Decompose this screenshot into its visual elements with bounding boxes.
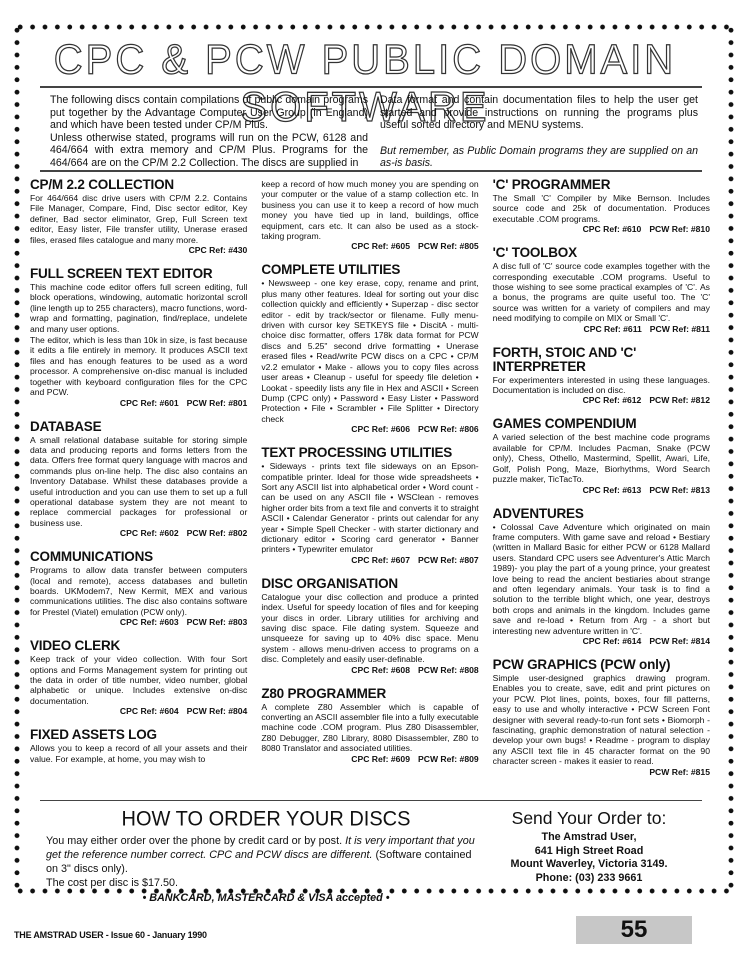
address-line: 641 High Street Road: [494, 845, 684, 859]
entry-title: CP/M 2.2 COLLECTION: [30, 178, 247, 192]
pcw-ref: PCW Ref: #809: [418, 754, 479, 764]
entry-full-screen-text-editor: FULL SCREEN TEXT EDITOR This machine cod…: [30, 267, 247, 408]
entry-video-clerk: VIDEO CLERK Keep track of your video col…: [30, 639, 247, 717]
send-order-section: Send Your Order to: The Amstrad User, 64…: [494, 808, 684, 885]
pcw-ref: PCW Ref: #803: [187, 617, 248, 627]
pcw-ref: PCW Ref: #810: [649, 224, 710, 234]
entry-database: DATABASE A small relational database sui…: [30, 420, 247, 540]
entry-refs: CPC Ref: #601PCW Ref: #801: [30, 398, 247, 409]
entry-fixed-assets-log: FIXED ASSETS LOG Allows you to keep a re…: [30, 728, 247, 764]
entry-description: A disc full of 'C' source code examples …: [493, 261, 710, 323]
cpc-ref: CPC Ref: #607: [351, 555, 410, 565]
entry-refs: CPC Ref: #610PCW Ref: #810: [493, 224, 710, 235]
cpc-ref: CPC Ref: #602: [120, 528, 179, 538]
intro-paragraph: Unless otherwise stated, programs will r…: [50, 132, 368, 170]
entry-refs: CPC Ref: #602PCW Ref: #802: [30, 528, 247, 539]
address-line: Mount Waverley, Victoria 3149.: [494, 858, 684, 872]
pcw-ref: PCW Ref: #813: [649, 485, 710, 495]
entry-refs: CPC Ref: #611PCW Ref: #811: [493, 324, 710, 335]
entry-description: The editor, which is less than 10k in si…: [30, 335, 247, 397]
entry-description: A small relational database suitable for…: [30, 435, 247, 529]
order-text: You may either order over the phone by c…: [46, 835, 345, 847]
entry-title: DATABASE: [30, 420, 247, 434]
entry-cpm-collection: CP/M 2.2 COLLECTION For 464/664 disc dri…: [30, 178, 247, 256]
pcw-ref: PCW Ref: #804: [187, 706, 248, 716]
entry-refs: CPC Ref: #608PCW Ref: #808: [261, 665, 478, 676]
order-rule: [40, 800, 702, 801]
intro-left: The following discs contain compilations…: [50, 94, 368, 170]
cpc-ref: CPC Ref: #603: [120, 617, 179, 627]
cpc-ref: CPC Ref: #608: [351, 665, 410, 675]
intro-disclaimer: But remember, as Public Domain programs …: [380, 145, 698, 170]
entry-title: GAMES COMPENDIUM: [493, 417, 710, 431]
entry-forth-stoic-c-interpreter: FORTH, STOIC AND 'C' INTERPRETER For exp…: [493, 346, 710, 407]
entry-refs: CPC Ref: #614PCW Ref: #814: [493, 636, 710, 647]
cpc-ref: CPC Ref: #611: [584, 324, 642, 334]
entry-title: FULL SCREEN TEXT EDITOR: [30, 267, 247, 281]
column-1: CP/M 2.2 COLLECTION For 464/664 disc dri…: [30, 178, 247, 789]
entry-description: For 464/664 disc drive users with CP/M 2…: [30, 193, 247, 245]
entry-title: 'C' TOOLBOX: [493, 246, 710, 260]
entry-c-toolbox: 'C' TOOLBOX A disc full of 'C' source co…: [493, 246, 710, 334]
cpc-ref: CPC Ref: #609: [351, 754, 410, 764]
entry-description: Catalogue your disc collection and produ…: [261, 592, 478, 665]
entry-communications: COMMUNICATIONS Programs to allow data tr…: [30, 550, 247, 628]
cpc-ref: CPC Ref: #614: [583, 636, 642, 646]
order-heading: HOW TO ORDER YOUR DISCS: [46, 807, 486, 831]
pcw-ref: PCW Ref: #801: [187, 398, 248, 408]
entry-refs: CPC Ref: #607PCW Ref: #807: [261, 555, 478, 566]
cpc-ref: CPC Ref: #604: [120, 706, 179, 716]
postal-address: The Amstrad User, 641 High Street Road M…: [494, 831, 684, 885]
dotted-border-right: [728, 24, 734, 894]
entry-disc-organisation: DISC ORGANISATION Catalogue your disc co…: [261, 577, 478, 676]
entry-refs: CPC Ref: #612PCW Ref: #812: [493, 395, 710, 406]
entry-c-programmer: 'C' PROGRAMMER The Small 'C' Compiler by…: [493, 178, 710, 235]
entry-description: Keep track of your video collection. Wit…: [30, 654, 247, 706]
pcw-ref: PCW Ref: #806: [418, 424, 479, 434]
payment-methods: • BANKCARD, MASTERCARD & VISA accepted •: [46, 892, 486, 904]
entry-description: This machine code editor offers full scr…: [30, 282, 247, 334]
entry-description: • Sideways - prints text file sideways o…: [261, 461, 478, 555]
entry-refs: CPC Ref: #604PCW Ref: #804: [30, 706, 247, 717]
pcw-ref: PCW Ref: #807: [418, 555, 479, 565]
entry-title: COMPLETE UTILITIES: [261, 263, 478, 277]
entry-description: A varied selection of the best machine c…: [493, 432, 710, 484]
address-line: The Amstrad User,: [494, 831, 684, 845]
entry-description: For experimenters interested in using th…: [493, 375, 710, 396]
entry-description: Programs to allow data transfer between …: [30, 565, 247, 617]
publication-footer: THE AMSTRAD USER - Issue 60 - January 19…: [14, 930, 207, 940]
entry-refs: CPC Ref: #605PCW Ref: #805: [261, 241, 478, 252]
entry-title: FORTH, STOIC AND 'C' INTERPRETER: [493, 346, 710, 374]
title-rule: [40, 86, 702, 88]
dotted-border-left: [14, 24, 20, 894]
catalogue-columns: CP/M 2.2 COLLECTION For 464/664 disc dri…: [30, 178, 710, 789]
entry-title: VIDEO CLERK: [30, 639, 247, 653]
column-3: 'C' PROGRAMMER The Small 'C' Compiler by…: [493, 178, 710, 789]
entry-description: keep a record of how much money you are …: [261, 179, 478, 241]
pcw-ref: PCW Ref: #814: [649, 636, 710, 646]
entry-description: A complete Z80 Assembler which is capabl…: [261, 702, 478, 754]
entry-description: • Colossal Cave Adventure which originat…: [493, 522, 710, 636]
pcw-ref: PCW Ref: #812: [649, 395, 710, 405]
entry-complete-utilities: COMPLETE UTILITIES • Newsweep - one key …: [261, 263, 478, 435]
entry-refs: CPC Ref: #430: [30, 245, 247, 256]
entry-games-compendium: GAMES COMPENDIUM A varied selection of t…: [493, 417, 710, 495]
pcw-ref: PCW Ref: #808: [418, 665, 479, 675]
intro-rule: [40, 170, 702, 172]
send-heading: Send Your Order to:: [494, 808, 684, 829]
intro-right: Data format and contain documentation fi…: [380, 94, 698, 170]
intro-paragraph: The following discs contain compilations…: [50, 94, 368, 132]
entry-fixed-assets-log-continued: keep a record of how much money you are …: [261, 179, 478, 252]
entry-title: DISC ORGANISATION: [261, 577, 478, 591]
entry-text-processing-utilities: TEXT PROCESSING UTILITIES • Sideways - p…: [261, 446, 478, 566]
entry-refs: CPC Ref: #606PCW Ref: #806: [261, 424, 478, 435]
pcw-ref: PCW Ref: #805: [418, 241, 479, 251]
entry-adventures: ADVENTURES • Colossal Cave Adventure whi…: [493, 507, 710, 647]
page-number: 55: [576, 916, 692, 944]
pcw-ref: PCW Ref: #811: [650, 324, 710, 334]
intro-section: The following discs contain compilations…: [50, 94, 698, 170]
entry-refs: CPC Ref: #609PCW Ref: #809: [261, 754, 478, 765]
cpc-ref: CPC Ref: #610: [583, 224, 642, 234]
entry-description: Allows you to keep a record of all your …: [30, 743, 247, 764]
entry-title: PCW GRAPHICS (PCW only): [493, 658, 710, 672]
entry-refs: PCW Ref: #815: [493, 767, 710, 778]
entry-description: Simple user-designed graphics drawing pr…: [493, 673, 710, 767]
phone-number: Phone: (03) 233 9661: [494, 872, 684, 886]
cpc-ref: CPC Ref: #613: [583, 485, 642, 495]
intro-paragraph: Data format and contain documentation fi…: [380, 94, 698, 132]
entry-refs: CPC Ref: #613PCW Ref: #813: [493, 485, 710, 496]
pcw-ref: PCW Ref: #815: [649, 767, 710, 777]
order-instructions: You may either order over the phone by c…: [46, 834, 486, 890]
entry-description: • Newsweep - one key erase, copy, rename…: [261, 278, 478, 424]
order-section: HOW TO ORDER YOUR DISCS You may either o…: [46, 808, 486, 904]
entry-pcw-graphics: PCW GRAPHICS (PCW only) Simple user-desi…: [493, 658, 710, 778]
entry-title: Z80 PROGRAMMER: [261, 687, 478, 701]
entry-title: ADVENTURES: [493, 507, 710, 521]
cpc-ref: CPC Ref: #430: [189, 245, 248, 255]
entry-title: COMMUNICATIONS: [30, 550, 247, 564]
cpc-ref: CPC Ref: #612: [583, 395, 642, 405]
entry-title: FIXED ASSETS LOG: [30, 728, 247, 742]
entry-title: 'C' PROGRAMMER: [493, 178, 710, 192]
cpc-ref: CPC Ref: #606: [351, 424, 410, 434]
column-2: keep a record of how much money you are …: [261, 178, 478, 789]
dotted-border-top: [14, 24, 734, 30]
entry-description: The Small 'C' Compiler by Mike Bernson. …: [493, 193, 710, 224]
entry-refs: CPC Ref: #603PCW Ref: #803: [30, 617, 247, 628]
entry-z80-programmer: Z80 PROGRAMMER A complete Z80 Assembler …: [261, 687, 478, 765]
cpc-ref: CPC Ref: #605: [351, 241, 410, 251]
pcw-ref: PCW Ref: #802: [187, 528, 248, 538]
order-cost: The cost per disc is $17.50.: [46, 877, 178, 889]
cpc-ref: CPC Ref: #601: [120, 398, 179, 408]
entry-title: TEXT PROCESSING UTILITIES: [261, 446, 478, 460]
